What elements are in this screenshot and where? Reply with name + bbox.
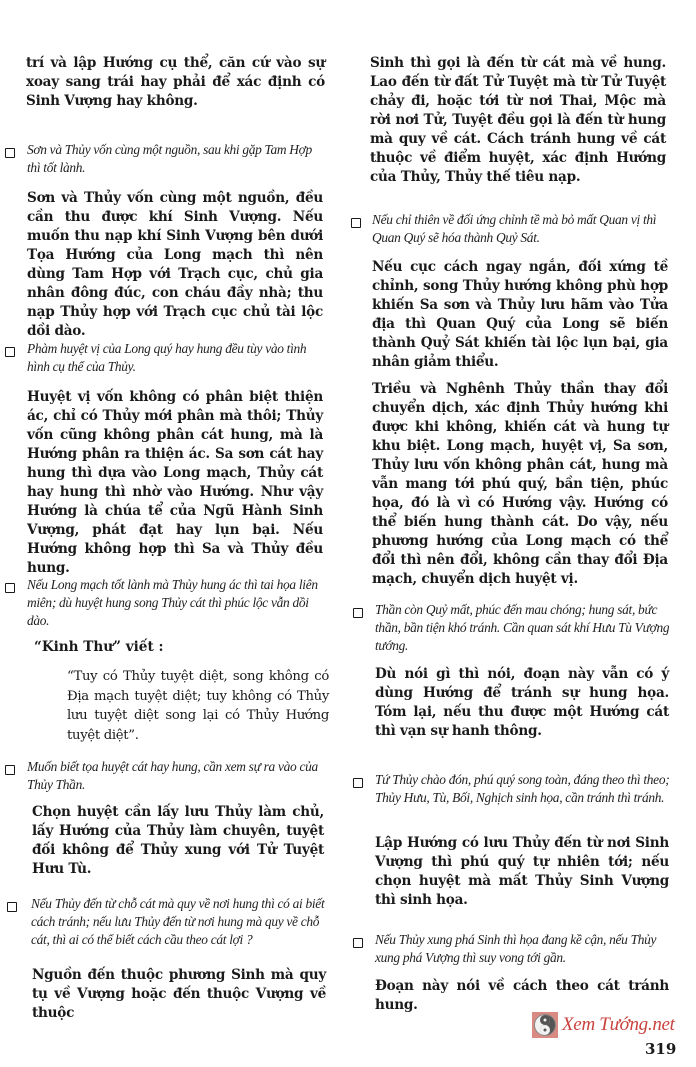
checkbox-bullet-icon xyxy=(353,938,363,948)
section-heading: Muốn biết tọa huyệt cát hay hung, cần xe… xyxy=(27,758,329,794)
checkbox-bullet-icon xyxy=(7,902,17,912)
section-body: Dù nói gì thì nói, đoạn này vẫn có ý dùn… xyxy=(375,665,669,741)
section-heading: Phàm huyệt vị của Long quý hay hung đều … xyxy=(27,340,327,376)
watermark: Xem Tướng.net xyxy=(532,1011,675,1039)
checkbox-bullet-icon xyxy=(5,765,15,775)
quote-text: “Tuy có Thủy tuyệt diệt, song không có Đ… xyxy=(67,667,329,745)
checkbox-bullet-icon xyxy=(5,583,15,593)
checkbox-bullet-icon xyxy=(5,148,15,158)
section-body: Nếu cục cách ngay ngắn, đối xứng tề chỉn… xyxy=(372,258,668,372)
section-heading: Thần còn Quỷ mất, phúc đến mau chóng; hu… xyxy=(375,601,675,655)
checkbox-bullet-icon xyxy=(353,608,363,618)
section-body: Chọn huyệt cần lấy lưu Thủy làm chủ, lấy… xyxy=(32,803,324,879)
section-body: Sơn và Thủy vốn cùng một nguồn, đều cần … xyxy=(27,189,323,341)
section-body: Lập Hướng có lưu Thủy đến từ nơi Sinh Vư… xyxy=(375,834,669,910)
watermark-text: Xem Tướng.net xyxy=(562,1014,675,1036)
section-heading: Nếu chỉ thiên về đối ứng chỉnh tề mà bỏ … xyxy=(372,211,672,247)
page-number: 319 xyxy=(645,1040,676,1058)
checkbox-bullet-icon xyxy=(5,347,15,357)
section-body: Triều và Nghênh Thủy thần thay đổi chuyể… xyxy=(372,380,668,589)
section-heading: Tứ Thủy chào đón, phú quý song toàn, đán… xyxy=(375,771,675,807)
checkbox-bullet-icon xyxy=(353,778,363,788)
quote-source: “Kinh Thư” viết : xyxy=(34,638,163,657)
section-body: Huyệt vị vốn không có phân biệt thiện ác… xyxy=(27,388,323,578)
continuation-paragraph: Sinh thì gọi là đến từ cát mà về hung. L… xyxy=(370,54,666,187)
section-body: Đoạn này nói về cách theo cát tránh hung… xyxy=(375,977,669,1015)
continuation-paragraph: trí và lập Hướng cụ thể, căn cứ vào sự x… xyxy=(26,54,325,111)
section-heading: Sơn và Thủy vốn cùng một nguồn, sau khi … xyxy=(27,141,327,177)
book-page: trí và lập Hướng cụ thể, căn cứ vào sự x… xyxy=(0,0,696,1067)
section-heading: Nếu Thủy xung phá Sinh thì họa đang kề c… xyxy=(375,931,675,967)
section-body: Nguồn đến thuộc phương Sinh mà quy tụ về… xyxy=(32,966,326,1023)
section-heading: Nếu Thủy đến từ chỗ cát mà quy về nơi hu… xyxy=(31,895,331,949)
section-heading: Nếu Long mạch tốt lành mà Thủy hung ác t… xyxy=(27,576,329,630)
yin-yang-icon xyxy=(532,1012,558,1038)
checkbox-bullet-icon xyxy=(351,218,361,228)
